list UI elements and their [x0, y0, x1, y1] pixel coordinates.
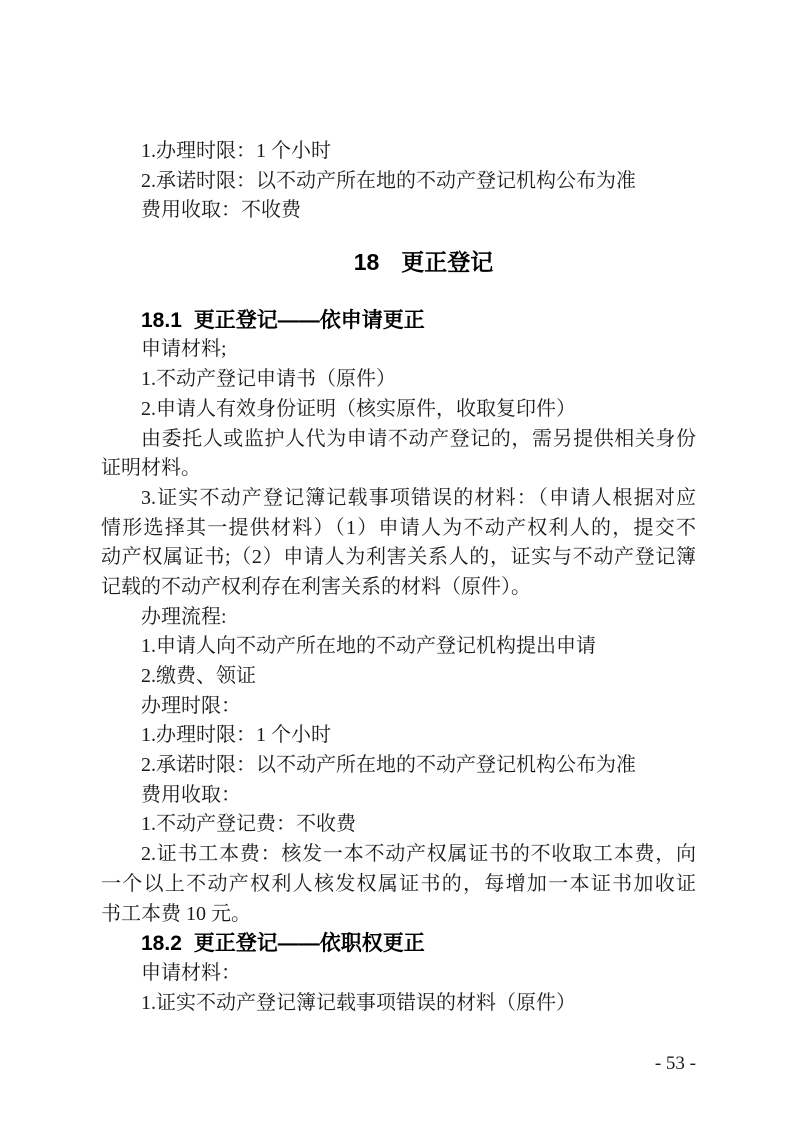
chapter-title: 更正登记 — [401, 249, 493, 275]
text-line: 办理时限： — [101, 692, 696, 722]
text-line: 3.证实不动产登记簿记载事项错误的材料：（申请人根据对应 — [101, 484, 696, 514]
text-line: 1.不动产登记费：不收费 — [101, 810, 696, 840]
text-line: 2.承诺时限：以不动产所在地的不动产登记机构公布为准 — [101, 751, 696, 781]
text-line: 费用收取： — [101, 781, 696, 811]
text-line: 2.缴费、领证 — [101, 662, 696, 692]
text-line: 2.申请人有效身份证明（核实原件，收取复印件） — [101, 395, 696, 425]
text-line: 由委托人或监护人代为申请不动产登记的，需另提供相关身份 — [101, 425, 696, 455]
text-line: 1.办理时限：1 个小时 — [101, 137, 696, 167]
text-line: 记载的不动产权利存在利害关系的材料（原件）。 — [101, 573, 696, 603]
text-line: 动产权属证书;（2）申请人为利害关系人的，证实与不动产登记簿 — [101, 543, 696, 573]
text-line: 1.证实不动产登记簿记载事项错误的材料（原件） — [101, 989, 696, 1019]
text-line: 证明材料。 — [101, 454, 696, 484]
text-line: 办理流程: — [101, 603, 696, 633]
text-line: 申请材料; — [101, 335, 696, 365]
section-heading-18-2: 18.2 更正登记——依职权更正 — [101, 929, 696, 959]
text-line: 1.不动产登记申请书（原件） — [101, 365, 696, 395]
text-line: 费用收取：不收费 — [101, 196, 696, 226]
text-line: 申请材料： — [101, 959, 696, 989]
text-line: 2.证书工本费：核发一本不动产权属证书的不收取工本费，向 — [101, 840, 696, 870]
chapter-heading-text: 18更正登记 — [354, 248, 494, 278]
page-number: - 53 - — [655, 1053, 696, 1075]
section-heading-18-1: 18.1 更正登记——依申请更正 — [101, 306, 696, 336]
text-line: 情形选择其一提供材料）（1）申请人为不动产权利人的，提交不 — [101, 514, 696, 544]
chapter-heading: 18更正登记 — [101, 248, 696, 278]
text-line: 1.申请人向不动产所在地的不动产登记机构提出申请 — [101, 632, 696, 662]
text-column: 1.办理时限：1 个小时 2.承诺时限：以不动产所在地的不动产登记机构公布为准 … — [101, 137, 696, 1018]
text-line: 2.承诺时限：以不动产所在地的不动产登记机构公布为准 — [101, 167, 696, 197]
text-line: 书工本费 10 元。 — [101, 900, 696, 930]
chapter-number: 18 — [354, 249, 380, 275]
text-line: 一个以上不动产权利人核发权属证书的，每增加一本证书加收证 — [101, 870, 696, 900]
document-page: 1.办理时限：1 个小时 2.承诺时限：以不动产所在地的不动产登记机构公布为准 … — [0, 0, 793, 1122]
text-line: 1.办理时限：1 个小时 — [101, 721, 696, 751]
